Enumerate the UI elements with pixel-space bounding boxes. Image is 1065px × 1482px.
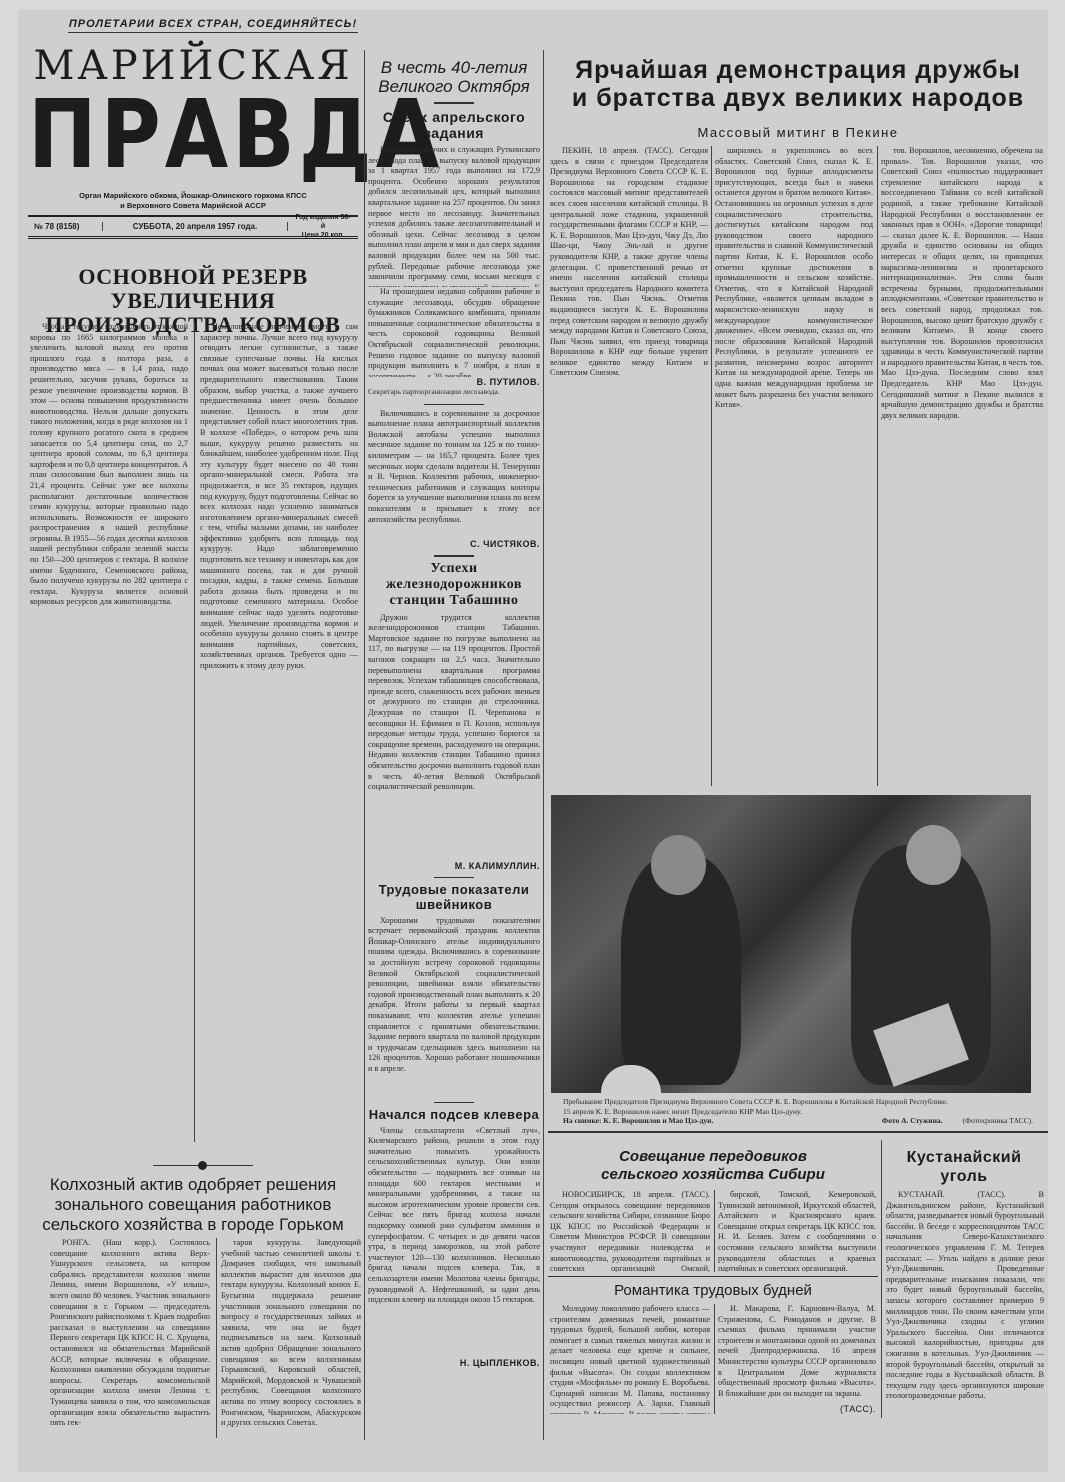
romance-col1: Молодому поколению рабочего класса — стр… [550,1304,710,1414]
organ-line: Орган Марийского обкома, Йошкар-Олинског… [28,191,358,211]
caption-line: На снимке: К. Е. Ворошилов и Мао Цзэ-дун… [563,1116,882,1126]
column-divider [714,1304,715,1414]
headline-line: уголь [884,1167,1044,1186]
issue-date: СУББОТА, 20 апреля 1957 года. [103,222,288,231]
column-divider [711,146,712,786]
paragraph: Коллектив рабочих и служащих Руткинского… [368,145,540,287]
paragraph: Немаловажное значение имеет и сам характ… [200,322,358,672]
kicker-line: Великого Октября [368,77,540,96]
siberia-col2: бирской, Томской, Кемеровской, Тувинской… [718,1190,876,1272]
paragraph: И. Макарова, Г. Карнович-Валуа, М. Стриж… [718,1304,876,1399]
column-divider [881,1140,882,1418]
column-divider [216,1238,217,1438]
paragraph: НОВОСИБИРСК, 18 апреля. (ТАСС). Сегодня … [550,1190,710,1272]
paragraph: бирской, Томской, Кемеровской, Тувинской… [718,1190,876,1272]
headline-line: швейников [368,897,540,912]
paragraph: РОНГА. (Наш корр.). Состоялось совещание… [50,1238,210,1429]
headline-line: Колхозный актив одобряет решения [28,1175,358,1195]
romance-col2: И. Макарова, Г. Карнович-Валуа, М. Стриж… [718,1304,876,1402]
headline-line: зонального совещания работников [28,1195,358,1215]
headline-line: сельского хозяйства Сибири [548,1166,878,1184]
kolkhoz-col1: РОНГА. (Наш корр.). Состоялось совещание… [50,1238,210,1438]
paragraph: тов. Ворошилов, несомненно, обречена на … [881,146,1043,421]
paragraph: таров кукурузы. Заведующий учебной часть… [221,1238,361,1429]
signature-tsyplenkov: Н. ЦЫПЛЕНКОВ. [368,1358,540,1368]
feed-reserve-col2: Немаловажное значение имеет и сам характ… [200,322,358,1142]
headline-friendship: Ярчайшая демонстрация дружбы и братства … [548,56,1048,112]
paragraph: Включившись в соревнование за досрочное … [368,409,540,526]
paragraph: Хорошими трудовыми показателями встречае… [368,916,540,1075]
subheadline-friendship: Массовый митинг в Пекине [548,125,1048,140]
short-rule [434,555,474,557]
price: Цена 20 коп. [294,231,352,240]
column-divider [543,50,544,1440]
headline-clover: Начался подсев клевера [368,1107,540,1122]
headline-line: Ярчайшая демонстрация дружбы [548,56,1048,84]
auto-text: Включившись в соревнование за досрочное … [368,409,540,539]
masthead: ПРОЛЕТАРИИ ВСЕХ СТРАН, СОЕДИНЯЙТЕСЬ! МАР… [28,18,358,239]
year-of-publication: Год издания 36-й [294,213,352,231]
headline-line: Совещание передовиков [548,1148,878,1166]
signature-title: Секретарь партоорганизации лесозавода. [368,387,540,398]
headline-sawmill: Сверх апрельского задания [368,109,540,141]
railway-text: Дружно трудится коллектив железнодорожни… [368,613,540,861]
paragraph: ширились и укреплялись во всех областях.… [715,146,873,411]
paragraph: Члены сельхозартели «Светлый луч», Килем… [368,1126,540,1306]
headline-line: и братства двух великих народов [548,84,1048,112]
kicker-line: В честь 40-летия [368,58,540,77]
short-rule [434,1102,474,1103]
signature-tass: (ТАСС). [718,1404,876,1414]
column-divider [714,1190,715,1272]
column-divider [194,322,195,1142]
photo-voroshilov-mao [551,795,1031,1093]
headline-line: Кустанайский [884,1148,1044,1167]
signature-kalimullin: М. КАЛИМУЛЛИН. [368,861,540,871]
clover-text: Члены сельхозартели «Светлый луч», Килем… [368,1126,540,1358]
paragraph: Чтобы в текущем году надоить от каждой к… [30,322,188,608]
feed-reserve-col1: Чтобы в текущем году надоить от каждой к… [30,322,188,1142]
friendship-col1: ПЕКИН, 18 апреля. (ТАСС). Сегодня здесь … [550,146,708,786]
paragraph: ПЕКИН, 18 апреля. (ТАСС). Сегодня здесь … [550,146,708,379]
headline-line: станции Табашино [368,593,540,609]
organ-line-2: и Верховного Совета Марийской АССР [28,201,358,211]
kustanai-text: КУСТАНАЙ. (ТАСС). В Джангильдинском райо… [886,1190,1044,1418]
siberia-col1: НОВОСИБИРСК, 18 апреля. (ТАСС). Сегодня … [550,1190,710,1272]
headline-siberia: Совещание передовиков сельского хозяйств… [548,1148,878,1184]
newspaper-page: ПРОЛЕТАРИИ ВСЕХ СТРАН, СОЕДИНЯЙТЕСЬ! МАР… [18,10,1048,1472]
headline-romance: Романтика трудовых будней [548,1282,878,1299]
short-rule [424,404,484,405]
headline-line: Трудовые показатели [368,882,540,897]
ornament-dot [198,1161,207,1170]
friendship-col3: тов. Ворошилов, несомненно, обречена на … [881,146,1043,786]
october-box: В честь 40-летия Великого Октября Сверх … [368,58,540,1368]
issue-bar: № 78 (8158) СУББОТА, 20 апреля 1957 года… [28,215,358,239]
sawmill-text-2: На прошедшем недавно собрании рабочие и … [368,287,540,377]
section-rule [548,1276,878,1277]
column-divider [364,50,365,1440]
headline-line: ОСНОВНОЙ РЕЗЕРВ УВЕЛИЧЕНИЯ [28,265,358,313]
photo-source: (Фотохроника ТАСС). [963,1116,1033,1126]
face-right [906,825,961,885]
headline-line: Сверх апрельского [368,109,540,125]
headline-line: Успехи железнодорожников [368,561,540,593]
tailors-text: Хорошими трудовыми показателями встречае… [368,916,540,1096]
kicker-october: В честь 40-летия Великого Октября [368,58,540,96]
sawmill-text: Коллектив рабочих и служащих Руткинского… [368,145,540,287]
signature-chistyakov: С. ЧИСТЯКОВ. [368,539,540,549]
paragraph: КУСТАНАЙ. (ТАСС). В Джангильдинском райо… [886,1190,1044,1402]
headline-kolkhoz: Колхозный актив одобряет решения зональн… [28,1175,358,1235]
face-left [651,835,706,895]
headline-line: сельского хозяйства в городе Горьком [28,1215,358,1235]
short-rule [434,102,474,104]
paragraph: На прошедшем недавно собрании рабочие и … [368,287,540,377]
slogan: ПРОЛЕТАРИИ ВСЕХ СТРАН, СОЕДИНЯЙТЕСЬ! [68,18,358,33]
short-rule [434,877,474,878]
caption-line: 15 апреля К. Е. Ворошилов нанес визит Пр… [563,1107,1033,1117]
masthead-title-line2: ПРАВДА [28,89,358,183]
issue-price-block: Год издания 36-й Цена 20 коп. [288,213,358,240]
photo-credit: Фото А. Стужина. [882,1116,943,1126]
issue-number: № 78 (8158) [28,222,103,231]
paragraph: Дружно трудится коллектив железнодорожни… [368,613,540,793]
headline-line: задания [368,125,540,141]
kolkhoz-col2: таров кукурузы. Заведующий учебной часть… [221,1238,361,1438]
photo-caption: Пребывание Председателя Президиума Верхо… [563,1097,1033,1126]
headline-railway: Успехи железнодорожников станции Табашин… [368,561,540,609]
signature-putilov: В. ПУТИЛОВ. [368,377,540,387]
paragraph: Молодому поколению рабочего класса — стр… [550,1304,710,1414]
headline-kustanai: Кустанайский уголь [884,1148,1044,1186]
headline-tailors: Трудовые показатели швейников [368,882,540,912]
organ-line-1: Орган Марийского обкома, Йошкар-Олинског… [28,191,358,201]
column-divider [877,146,878,786]
caption-credit-row: На снимке: К. Е. Ворошилов и Мао Цзэ-дун… [563,1116,1033,1126]
section-rule [548,1131,1048,1133]
caption-line: Пребывание Председателя Президиума Верхо… [563,1097,1033,1107]
friendship-col2: ширились и укреплялись во всех областях.… [715,146,873,786]
